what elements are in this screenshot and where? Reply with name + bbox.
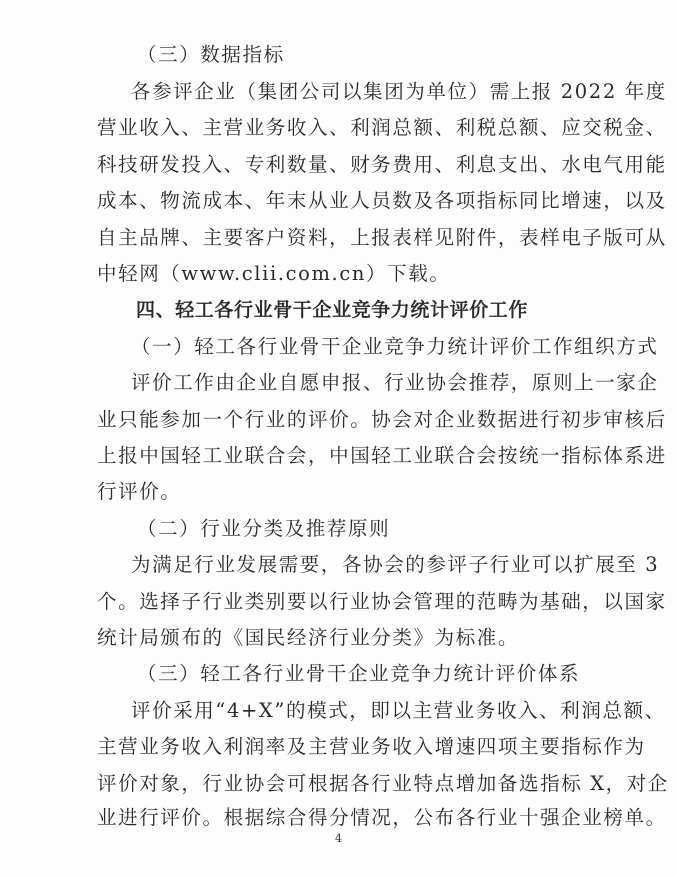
paragraph-line: 自主品牌、主要客户资料，上报表样见附件，表样电子版可从 bbox=[97, 226, 587, 250]
paragraph-line: 中轻网（www.clii.com.cn）下载。 bbox=[97, 262, 587, 286]
subsection-heading-two: （二）行业分类及推荐原则 bbox=[137, 517, 627, 541]
paragraph-line: 业只能参加一个行业的评价。协会对企业数据进行初步审核后 bbox=[97, 408, 587, 432]
paragraph-line: 评价对象，行业协会可根据各行业特点增加备选指标 X，对企 bbox=[97, 772, 587, 796]
subsection-heading-three: （三）轻工各行业骨干企业竞争力统计评价体系 bbox=[137, 662, 627, 686]
paragraph-line: 统计局颁布的《国民经济行业分类》为标准。 bbox=[97, 626, 587, 650]
paragraph-line: 主营业务收入利润率及主营业务收入增速四项主要指标作为 bbox=[97, 735, 587, 759]
paragraph-line: 各参评企业（集团公司以集团为单位）需上报 2022 年度 bbox=[131, 80, 621, 104]
paragraph-line: 科技研发投入、专利数量、财务费用、利息支出、水电气用能 bbox=[97, 153, 587, 177]
paragraph-line: 业进行评价。根据综合得分情况，公布各行业十强企业榜单。 bbox=[97, 806, 587, 830]
document-page: （三）数据指标 各参评企业（集团公司以集团为单位）需上报 2022 年度 营业收… bbox=[0, 0, 677, 877]
section-heading-data-indicators: （三）数据指标 bbox=[137, 43, 627, 67]
paragraph-line: 评价工作由企业自愿申报、行业协会推荐，原则上一家企 bbox=[131, 371, 621, 395]
paragraph-line: 上报中国轻工业联合会，中国轻工业联合会按统一指标体系进 bbox=[97, 444, 587, 468]
paragraph-line: 为满足行业发展需要，各协会的参评子行业可以扩展至 3 bbox=[131, 553, 621, 577]
page-number: 4 bbox=[0, 832, 677, 845]
subsection-heading-one: （一）轻工各行业骨干企业竞争力统计评价工作组织方式 bbox=[131, 335, 621, 359]
paragraph-line: 成本、物流成本、年末从业人员数及各项指标同比增速，以及 bbox=[97, 189, 587, 213]
section-heading-four: 四、轻工各行业骨干企业竞争力统计评价工作 bbox=[136, 298, 626, 322]
paragraph-line: 个。选择子行业类别要以行业协会管理的范畴为基础，以国家 bbox=[97, 590, 587, 614]
paragraph-line: 行评价。 bbox=[97, 480, 587, 504]
paragraph-line: 营业收入、主营业务收入、利润总额、利税总额、应交税金、 bbox=[97, 116, 587, 140]
paragraph-line: 评价采用“4+X”的模式，即以主营业务收入、利润总额、 bbox=[131, 699, 621, 723]
